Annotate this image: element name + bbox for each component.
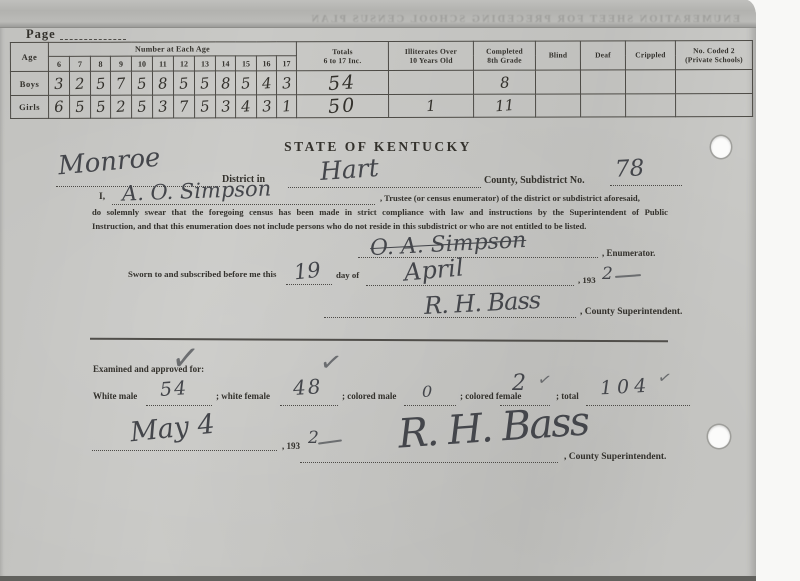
trustee-blank-line — [112, 203, 375, 205]
illiterates-header-cell: Illiterates Over 10 Years Old — [388, 41, 473, 70]
age-col-header: 9 — [110, 56, 131, 71]
sworn-label: Sworn to and subscribed before me this — [128, 269, 276, 279]
girls-coded — [676, 94, 753, 117]
year-prefix-label: , 193 — [578, 275, 596, 285]
page-number-blank — [60, 38, 126, 40]
age-col-header: 12 — [173, 56, 194, 71]
completed-header-cell: Completed 8th Grade — [473, 41, 535, 70]
boys-crippled — [626, 70, 676, 94]
colored-female-value: 2 — [512, 373, 526, 395]
girls-age-count: 5 — [195, 95, 216, 118]
age-col-header: 10 — [131, 56, 152, 71]
girls-age-count: 3 — [216, 95, 236, 118]
white-male-value: 54 — [159, 379, 188, 400]
white-male-blank — [146, 404, 212, 406]
boys-age-count: 8 — [215, 71, 235, 95]
boys-age-count: 4 — [256, 71, 276, 95]
subdistrict-no-value: 78 — [614, 157, 644, 182]
census-form-page: ENUMERATION SHEET FOR PRECEDING SCHOOL C… — [0, 0, 756, 581]
hole-punch-bottom — [708, 425, 730, 448]
boys-blind — [536, 70, 581, 94]
girls-completed: 11 — [474, 94, 536, 117]
boys-age-count: 2 — [69, 71, 90, 95]
totals-header-cell: Totals 6 to 17 Inc. — [296, 41, 388, 70]
age-col-header: 8 — [90, 56, 110, 71]
crippled-header-cell: Crippled — [625, 41, 675, 70]
sworn-month-value: April — [403, 255, 464, 284]
boys-age-count: 7 — [110, 71, 131, 95]
scan-backdrop: ENUMERATION SHEET FOR PRECEDING SCHOOL C… — [0, 0, 800, 581]
total-blank — [586, 404, 690, 406]
sworn-month-blank — [366, 284, 574, 286]
age-col-header: 14 — [215, 56, 235, 71]
bleed-through-heading: ENUMERATION SHEET FOR PRECEDING SCHOOL C… — [178, 14, 740, 28]
pencil-checkmark: ✓ — [536, 371, 552, 389]
white-female-label: ; white female — [216, 391, 270, 401]
county-blank-line — [288, 186, 481, 188]
boys-age-count: 5 — [235, 71, 256, 95]
age-col-header: 16 — [256, 56, 276, 71]
girls-age-count: 5 — [91, 95, 111, 118]
girls-illiterates: 1 — [389, 94, 474, 117]
deaf-header-cell: Deaf — [580, 41, 625, 70]
pencil-checkmark: ✓ — [656, 369, 672, 387]
girls-age-count: 7 — [174, 95, 195, 118]
boys-age-count: 5 — [194, 71, 215, 95]
girls-age-count: 5 — [70, 95, 91, 118]
girls-deaf — [581, 94, 626, 117]
group-header-cell: Number at Each Age — [48, 42, 296, 57]
approval-year-prefix: , 193 — [282, 441, 300, 451]
girls-crippled — [626, 94, 676, 117]
colored-male-blank — [404, 404, 456, 406]
colored-male-label: ; colored male — [342, 391, 396, 401]
approval-year-value: 2 — [308, 430, 319, 447]
approval-superintendent-label: , County Superintendent. — [564, 452, 666, 462]
age-col-header: 11 — [152, 56, 173, 71]
sworn-day-blank — [286, 283, 332, 285]
pencil-dash — [615, 274, 641, 278]
boys-age-count: 3 — [48, 71, 69, 95]
white-female-value: 48 — [292, 376, 323, 398]
girls-blind — [536, 94, 581, 117]
girls-age-count: 5 — [132, 95, 153, 118]
county-name-value: Hart — [319, 155, 379, 184]
oath-prefix: I, — [99, 192, 105, 202]
pencil-checkmark: ✓ — [170, 338, 202, 378]
subdistrict-blank-line — [610, 184, 682, 186]
sworn-day-value: 19 — [293, 260, 322, 284]
page-bottom-edge — [0, 576, 756, 581]
oath-line-1: , Trustee (or census enumerator) of the … — [380, 193, 640, 203]
day-of-label: day of — [336, 270, 359, 280]
coded-header-cell: No. Coded 2 (Private Schools) — [675, 41, 752, 70]
age-col-header: 7 — [69, 56, 90, 71]
page-label: Page — [26, 27, 56, 42]
girls-age-count: 3 — [153, 95, 174, 118]
approval-superintendent-blank — [300, 461, 558, 463]
superintendent-signature: R. H. Bass — [423, 288, 540, 318]
row-label-girls: Girls — [11, 95, 49, 118]
age-col-header: 6 — [48, 56, 69, 71]
approval-date-blank — [92, 449, 277, 451]
boys-completed: 8 — [474, 70, 536, 94]
girls-age-count: 6 — [49, 95, 70, 118]
census-count-table: Age Number at Each Age Totals 6 to 17 In… — [10, 40, 753, 119]
table-row-girls: Girls 6 5 5 2 5 3 7 5 3 4 3 1 50 1 11 — [11, 94, 753, 119]
boys-age-count: 5 — [173, 71, 194, 95]
row-label-boys: Boys — [10, 71, 48, 95]
age-col-header: 17 — [276, 56, 296, 71]
girls-total: 50 — [297, 94, 389, 117]
blind-header-cell: Blind — [535, 41, 580, 70]
age-header-cell: Age — [10, 42, 48, 71]
age-col-header: 13 — [194, 56, 215, 71]
oath-line-2: do solemnly swear that the foregoing cen… — [92, 207, 668, 217]
county-subdistrict-label: County, Subdistrict No. — [484, 175, 585, 186]
boys-age-count: 3 — [276, 71, 296, 95]
white-male-label: White male — [93, 391, 137, 401]
enumerator-label: , Enumerator. — [602, 248, 655, 258]
girls-age-count: 1 — [277, 95, 297, 118]
district-name-value: Monroe — [57, 145, 161, 180]
boys-age-count: 5 — [131, 71, 152, 95]
boys-age-count: 8 — [152, 71, 173, 95]
girls-age-count: 3 — [257, 95, 277, 118]
white-female-blank — [280, 404, 338, 406]
total-value: 104 — [600, 377, 652, 399]
sworn-year-value: 2 — [602, 266, 613, 283]
superintendent-label: , County Superintendent. — [580, 307, 682, 317]
table-row-boys: Boys 3 2 5 7 5 8 5 5 8 5 4 3 54 8 — [10, 70, 752, 96]
boys-coded — [676, 70, 753, 94]
hole-punch-top — [711, 136, 731, 158]
pencil-checkmark: ✓ — [318, 348, 344, 377]
boys-age-count: 5 — [90, 71, 110, 95]
pencil-dash — [318, 439, 342, 444]
girls-age-count: 4 — [236, 95, 257, 118]
colored-male-value: 0 — [422, 384, 432, 400]
boys-deaf — [581, 70, 626, 94]
age-col-header: 15 — [235, 56, 256, 71]
boys-illiterates — [389, 70, 474, 94]
trustee-signature: A. O. Simpson — [122, 178, 272, 204]
approval-date-value: May 4 — [129, 411, 216, 447]
boys-total: 54 — [297, 70, 389, 94]
approval-superintendent-signature: R. H. Bass — [397, 401, 589, 454]
girls-age-count: 2 — [111, 95, 132, 118]
